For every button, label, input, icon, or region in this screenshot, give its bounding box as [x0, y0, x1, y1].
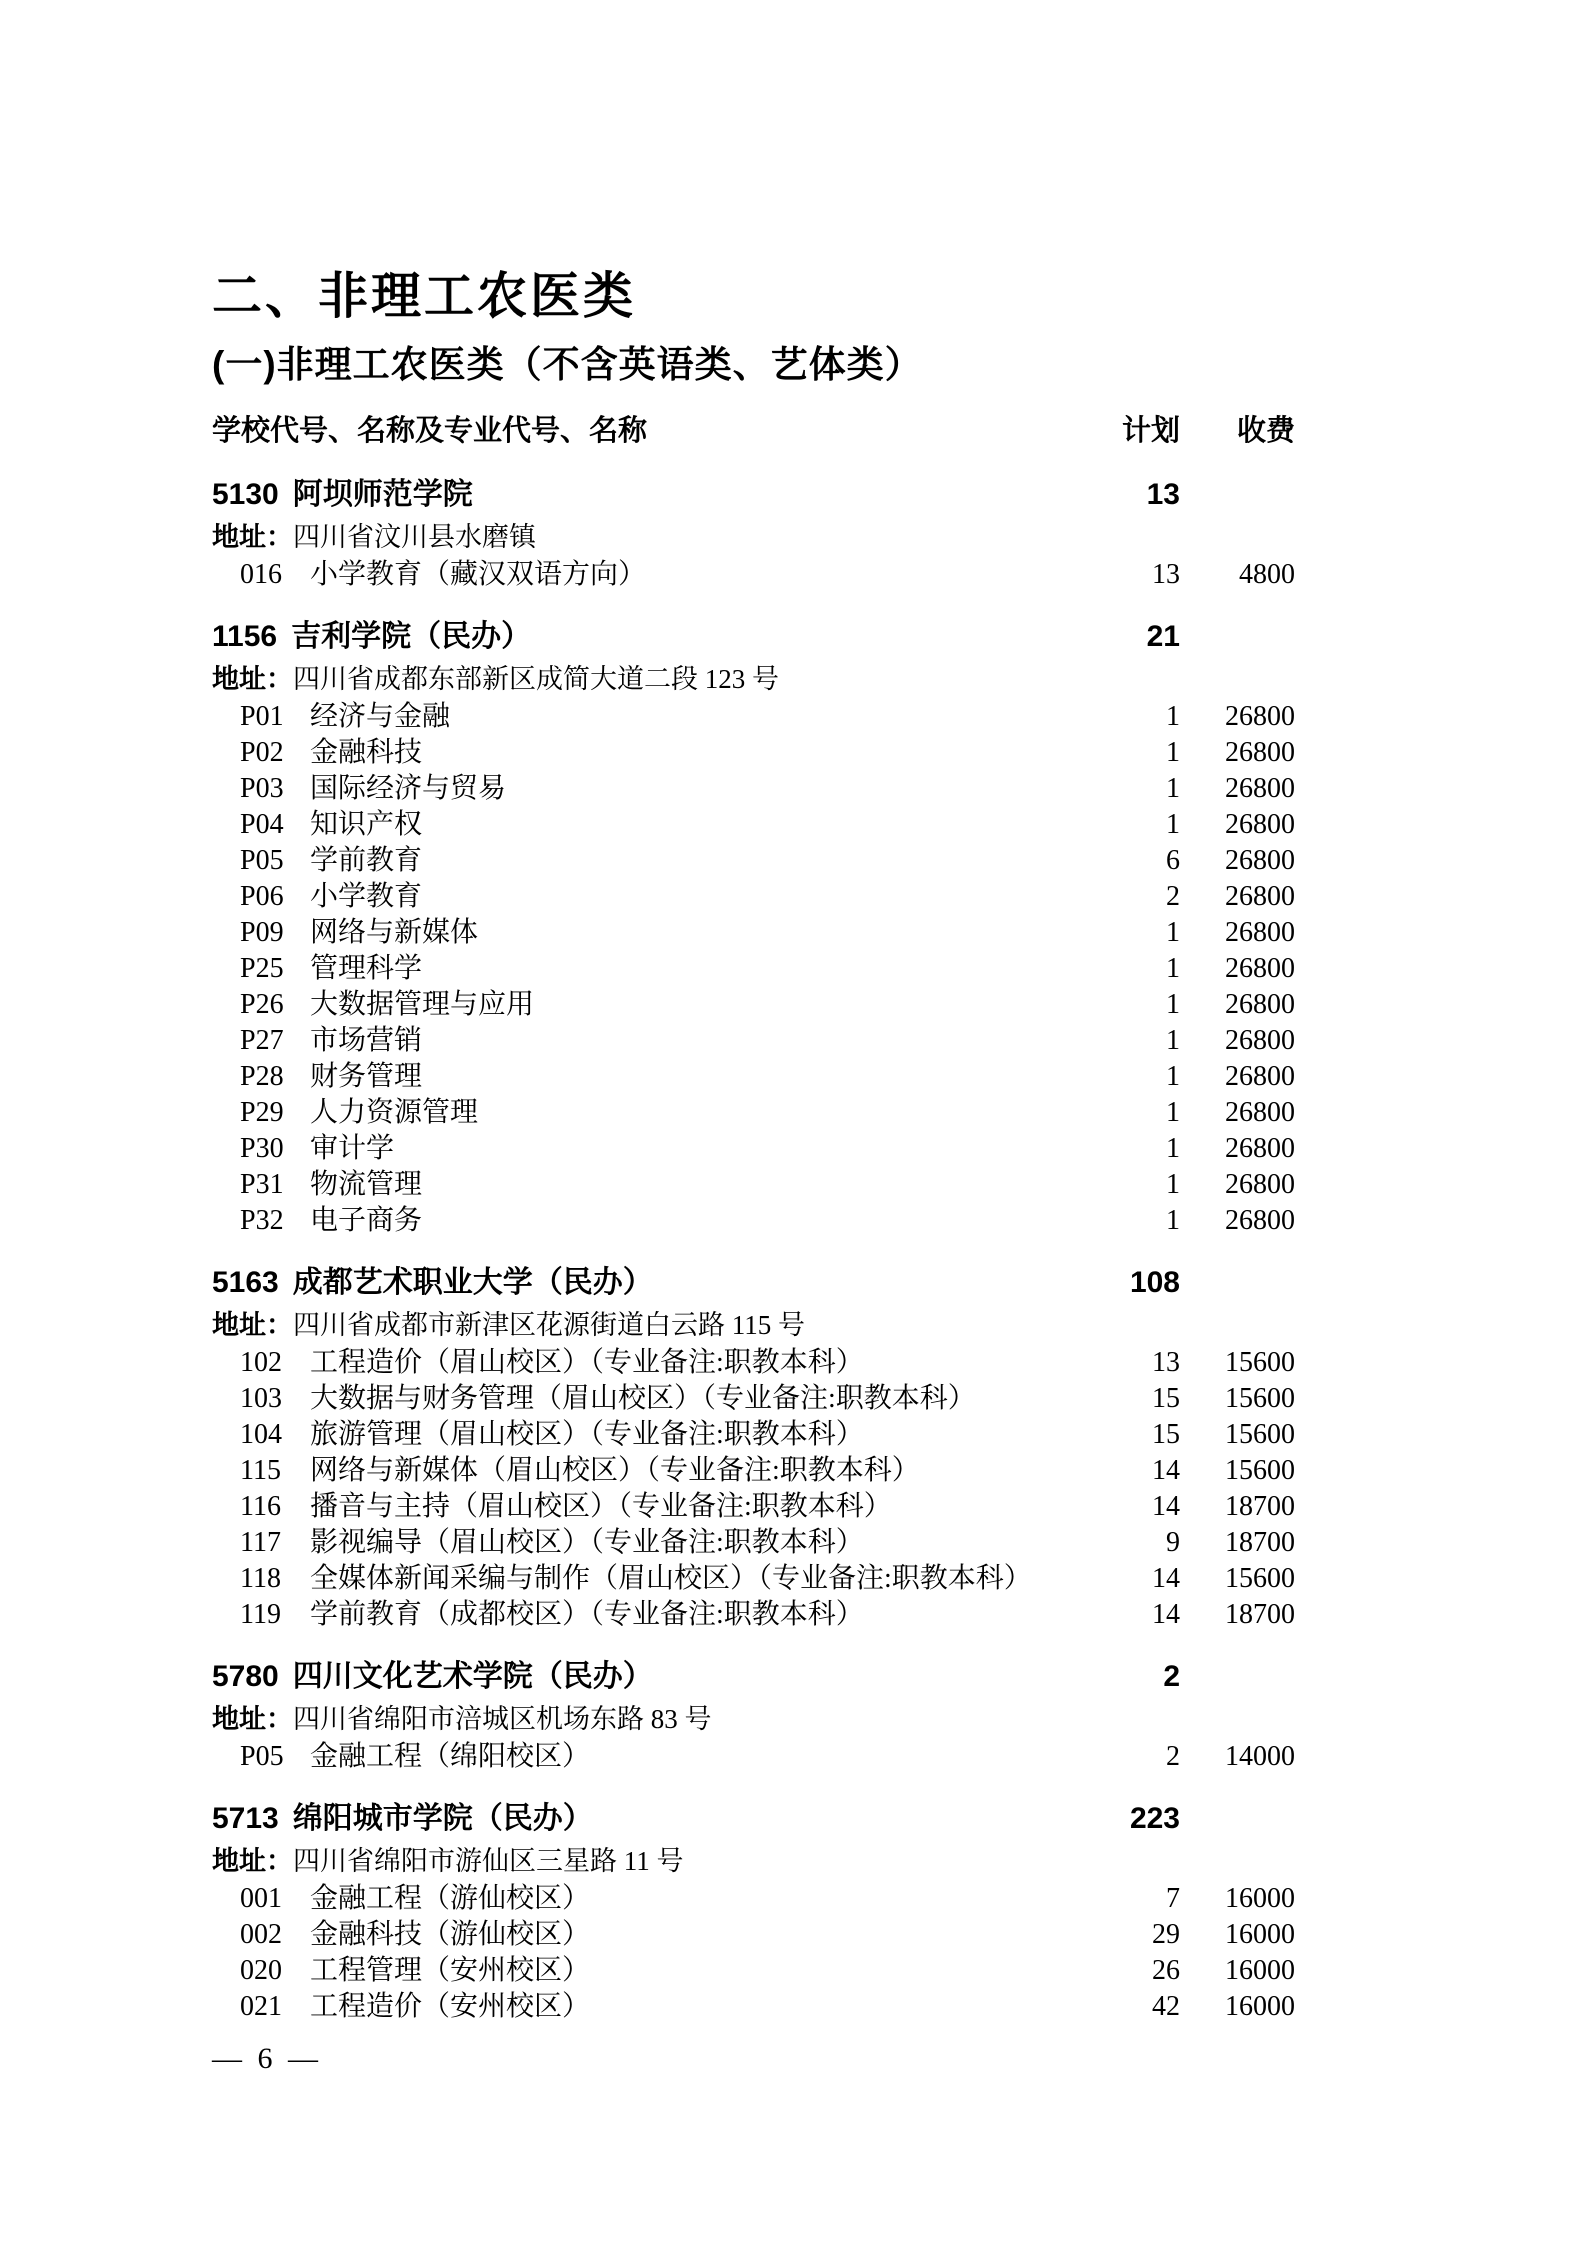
major-plan-count: 1: [1090, 987, 1180, 1023]
major-name: 金融工程（游仙校区）: [310, 1883, 590, 1914]
school-name: 绵阳城市学院（民办）: [293, 1802, 593, 1835]
major-plan-count: 42: [1090, 1989, 1180, 2025]
major-code: 103: [240, 1381, 298, 1417]
address-label: 地址：: [212, 1310, 293, 1340]
school-list: 5130阿坝师范学院 13 地址：四川省汶川县水磨镇 016小学教育（藏汉双语方…: [212, 473, 1295, 2025]
major-plan-count: 13: [1090, 1345, 1180, 1381]
major-plan-count: 1: [1090, 1167, 1180, 1203]
school-plan-count: 13: [1090, 473, 1180, 517]
school-code: 5130: [212, 478, 279, 511]
major-code: 118: [240, 1561, 298, 1597]
school-row: 5713绵阳城市学院（民办） 223: [212, 1797, 1295, 1841]
major-plan-count: 1: [1090, 1131, 1180, 1167]
major-plan-count: 29: [1090, 1917, 1180, 1953]
address-row: 地址：四川省绵阳市游仙区三星路 11 号: [212, 1841, 1295, 1881]
major-code: 104: [240, 1417, 298, 1453]
school-block: 5713绵阳城市学院（民办） 223 地址：四川省绵阳市游仙区三星路 11 号 …: [212, 1797, 1295, 2025]
major-code: 021: [240, 1989, 298, 2025]
major-name: 金融科技（游仙校区）: [310, 1919, 590, 1950]
major-fee-value: 16000: [1180, 1881, 1295, 1917]
major-row: P32电子商务 1 26800: [212, 1203, 1295, 1239]
major-row: P27市场营销 1 26800: [212, 1023, 1295, 1059]
major-row: 119学前教育（成都校区）（专业备注:职教本科） 14 18700: [212, 1597, 1295, 1633]
major-row: 021工程造价（安州校区） 42 16000: [212, 1989, 1295, 2025]
major-fee-value: 26800: [1180, 879, 1295, 915]
major-code: 116: [240, 1489, 298, 1525]
major-fee-value: 26800: [1180, 1167, 1295, 1203]
major-fee-value: 14000: [1180, 1739, 1295, 1775]
major-plan-count: 15: [1090, 1381, 1180, 1417]
major-plan-count: 1: [1090, 1095, 1180, 1131]
major-name: 管理科学: [310, 953, 422, 984]
major-plan-count: 6: [1090, 843, 1180, 879]
major-row: P30审计学 1 26800: [212, 1131, 1295, 1167]
major-plan-count: 14: [1090, 1453, 1180, 1489]
major-fee-value: 15600: [1180, 1345, 1295, 1381]
major-name: 影视编导（眉山校区）（专业备注:职教本科）: [310, 1527, 864, 1558]
major-fee-value: 26800: [1180, 1023, 1295, 1059]
major-code: 016: [240, 557, 298, 593]
major-row: 016小学教育（藏汉双语方向） 13 4800: [212, 557, 1295, 593]
major-list: 016小学教育（藏汉双语方向） 13 4800: [212, 557, 1295, 593]
major-code: P06: [240, 879, 298, 915]
major-code: P30: [240, 1131, 298, 1167]
major-name: 人力资源管理: [310, 1097, 478, 1128]
major-plan-count: 26: [1090, 1953, 1180, 1989]
major-fee-value: 18700: [1180, 1597, 1295, 1633]
major-fee-value: 26800: [1180, 771, 1295, 807]
major-name: 金融科技: [310, 737, 422, 768]
school-block: 1156吉利学院（民办） 21 地址：四川省成都东部新区成简大道二段 123 号…: [212, 615, 1295, 1239]
major-row: P05学前教育 6 26800: [212, 843, 1295, 879]
address-value: 四川省成都东部新区成简大道二段 123 号: [293, 664, 779, 694]
major-list: 001金融工程（游仙校区） 7 16000 002金融科技（游仙校区） 29 1…: [212, 1881, 1295, 2025]
major-row: P09网络与新媒体 1 26800: [212, 915, 1295, 951]
major-row: P05金融工程（绵阳校区） 2 14000: [212, 1739, 1295, 1775]
address-value: 四川省绵阳市涪城区机场东路 83 号: [293, 1704, 712, 1734]
school-plan-count: 223: [1090, 1797, 1180, 1841]
major-code: P05: [240, 843, 298, 879]
school-name: 四川文化艺术学院（民办）: [293, 1660, 653, 1693]
major-name: 电子商务: [310, 1205, 422, 1236]
major-plan-count: 1: [1090, 1203, 1180, 1239]
major-name: 播音与主持（眉山校区）（专业备注:职教本科）: [310, 1491, 892, 1522]
major-name: 旅游管理（眉山校区）（专业备注:职教本科）: [310, 1419, 864, 1450]
address-label: 地址：: [212, 664, 293, 694]
major-row: P31物流管理 1 26800: [212, 1167, 1295, 1203]
school-row: 1156吉利学院（民办） 21: [212, 615, 1295, 659]
major-plan-count: 1: [1090, 951, 1180, 987]
major-code: 115: [240, 1453, 298, 1489]
major-row: P29人力资源管理 1 26800: [212, 1095, 1295, 1131]
address-value: 四川省成都市新津区花源街道白云路 115 号: [293, 1310, 805, 1340]
major-fee-value: 18700: [1180, 1525, 1295, 1561]
major-fee-value: 26800: [1180, 915, 1295, 951]
column-header-school: 学校代号、名称及专业代号、名称: [212, 411, 1090, 451]
school-name: 阿坝师范学院: [293, 478, 473, 511]
major-fee-value: 26800: [1180, 735, 1295, 771]
major-fee-value: 26800: [1180, 987, 1295, 1023]
major-row: 002金融科技（游仙校区） 29 16000: [212, 1917, 1295, 1953]
major-code: P03: [240, 771, 298, 807]
address-value: 四川省绵阳市游仙区三星路 11 号: [293, 1846, 684, 1876]
major-name: 工程造价（眉山校区）（专业备注:职教本科）: [310, 1347, 864, 1378]
major-code: P27: [240, 1023, 298, 1059]
column-header-fee: 收费: [1180, 411, 1295, 451]
major-code: P25: [240, 951, 298, 987]
major-name: 大数据与财务管理（眉山校区）（专业备注:职教本科）: [310, 1383, 976, 1414]
major-row: 104旅游管理（眉山校区）（专业备注:职教本科） 15 15600: [212, 1417, 1295, 1453]
school-row: 5130阿坝师范学院 13: [212, 473, 1295, 517]
address-label: 地址：: [212, 1704, 293, 1734]
major-plan-count: 15: [1090, 1417, 1180, 1453]
address-row: 地址：四川省成都市新津区花源街道白云路 115 号: [212, 1305, 1295, 1345]
major-code: P04: [240, 807, 298, 843]
major-fee-value: 15600: [1180, 1417, 1295, 1453]
major-plan-count: 1: [1090, 699, 1180, 735]
address-label: 地址：: [212, 522, 293, 552]
major-code: P01: [240, 699, 298, 735]
major-fee-value: 26800: [1180, 843, 1295, 879]
major-fee-value: 16000: [1180, 1917, 1295, 1953]
major-name: 国际经济与贸易: [310, 773, 506, 804]
major-code: P26: [240, 987, 298, 1023]
major-fee-value: 26800: [1180, 1131, 1295, 1167]
major-fee-value: 4800: [1180, 557, 1295, 593]
major-list: P05金融工程（绵阳校区） 2 14000: [212, 1739, 1295, 1775]
major-plan-count: 1: [1090, 735, 1180, 771]
major-plan-count: 14: [1090, 1489, 1180, 1525]
address-row: 地址：四川省成都东部新区成简大道二段 123 号: [212, 659, 1295, 699]
major-fee-value: 15600: [1180, 1381, 1295, 1417]
column-header-plan: 计划: [1090, 411, 1180, 451]
major-name: 学前教育: [310, 845, 422, 876]
school-code: 5163: [212, 1266, 279, 1299]
major-name: 小学教育: [310, 881, 422, 912]
table-header: 学校代号、名称及专业代号、名称 计划 收费: [212, 411, 1295, 451]
major-plan-count: 14: [1090, 1597, 1180, 1633]
school-code: 5713: [212, 1802, 279, 1835]
major-code: P05: [240, 1739, 298, 1775]
major-code: P02: [240, 735, 298, 771]
major-plan-count: 1: [1090, 1059, 1180, 1095]
major-plan-count: 13: [1090, 557, 1180, 593]
major-fee-value: 18700: [1180, 1489, 1295, 1525]
major-fee-value: 15600: [1180, 1453, 1295, 1489]
major-name: 物流管理: [310, 1169, 422, 1200]
major-row: 116播音与主持（眉山校区）（专业备注:职教本科） 14 18700: [212, 1489, 1295, 1525]
major-row: P06小学教育 2 26800: [212, 879, 1295, 915]
school-name: 成都艺术职业大学（民办）: [293, 1266, 653, 1299]
major-name: 财务管理: [310, 1061, 422, 1092]
major-code: P28: [240, 1059, 298, 1095]
school-plan-count: 2: [1090, 1655, 1180, 1699]
major-list: P01经济与金融 1 26800 P02金融科技 1 26800 P03国际经济…: [212, 699, 1295, 1239]
major-code: P32: [240, 1203, 298, 1239]
major-name: 全媒体新闻采编与制作（眉山校区）（专业备注:职教本科）: [310, 1563, 1032, 1594]
major-fee-value: 26800: [1180, 699, 1295, 735]
major-plan-count: 2: [1090, 879, 1180, 915]
major-row: P01经济与金融 1 26800: [212, 699, 1295, 735]
major-plan-count: 1: [1090, 807, 1180, 843]
address-value: 四川省汶川县水磨镇: [293, 522, 536, 552]
major-row: P03国际经济与贸易 1 26800: [212, 771, 1295, 807]
major-name: 经济与金融: [310, 701, 450, 732]
major-name: 网络与新媒体（眉山校区）（专业备注:职教本科）: [310, 1455, 920, 1486]
major-code: 117: [240, 1525, 298, 1561]
major-name: 金融工程（绵阳校区）: [310, 1741, 590, 1772]
section-title: 二、非理工农医类: [212, 268, 1295, 324]
major-plan-count: 14: [1090, 1561, 1180, 1597]
major-code: 102: [240, 1345, 298, 1381]
major-fee-value: 26800: [1180, 1203, 1295, 1239]
major-list: 102工程造价（眉山校区）（专业备注:职教本科） 13 15600 103大数据…: [212, 1345, 1295, 1633]
major-row: P28财务管理 1 26800: [212, 1059, 1295, 1095]
major-code: P31: [240, 1167, 298, 1203]
major-plan-count: 1: [1090, 771, 1180, 807]
major-fee-value: 26800: [1180, 1059, 1295, 1095]
major-fee-value: 26800: [1180, 1095, 1295, 1131]
school-block: 5163成都艺术职业大学（民办） 108 地址：四川省成都市新津区花源街道白云路…: [212, 1261, 1295, 1633]
major-code: 020: [240, 1953, 298, 1989]
school-block: 5130阿坝师范学院 13 地址：四川省汶川县水磨镇 016小学教育（藏汉双语方…: [212, 473, 1295, 593]
major-code: P29: [240, 1095, 298, 1131]
school-code: 1156: [212, 620, 277, 653]
major-row: 102工程造价（眉山校区）（专业备注:职教本科） 13 15600: [212, 1345, 1295, 1381]
major-name: 工程造价（安州校区）: [310, 1991, 590, 2022]
address-label: 地址：: [212, 1846, 293, 1876]
major-code: 001: [240, 1881, 298, 1917]
major-fee-value: 16000: [1180, 1953, 1295, 1989]
major-fee-value: 15600: [1180, 1561, 1295, 1597]
subsection-title: (一)非理工农医类（不含英语类、艺体类）: [212, 344, 1295, 387]
major-name: 网络与新媒体: [310, 917, 478, 948]
school-row: 5780四川文化艺术学院（民办） 2: [212, 1655, 1295, 1699]
major-fee-value: 26800: [1180, 951, 1295, 987]
major-plan-count: 7: [1090, 1881, 1180, 1917]
major-name: 工程管理（安州校区）: [310, 1955, 590, 1986]
major-row: 001金融工程（游仙校区） 7 16000: [212, 1881, 1295, 1917]
major-plan-count: 9: [1090, 1525, 1180, 1561]
address-row: 地址：四川省汶川县水磨镇: [212, 517, 1295, 557]
school-plan-count: 108: [1090, 1261, 1180, 1305]
major-row: 115网络与新媒体（眉山校区）（专业备注:职教本科） 14 15600: [212, 1453, 1295, 1489]
major-code: P09: [240, 915, 298, 951]
major-fee-value: 16000: [1180, 1989, 1295, 2025]
document-page: 二、非理工农医类 (一)非理工农医类（不含英语类、艺体类） 学校代号、名称及专业…: [0, 0, 1587, 2245]
school-block: 5780四川文化艺术学院（民办） 2 地址：四川省绵阳市涪城区机场东路 83 号…: [212, 1655, 1295, 1775]
major-name: 知识产权: [310, 809, 422, 840]
major-row: 117影视编导（眉山校区）（专业备注:职教本科） 9 18700: [212, 1525, 1295, 1561]
address-row: 地址：四川省绵阳市涪城区机场东路 83 号: [212, 1699, 1295, 1739]
major-name: 大数据管理与应用: [310, 989, 534, 1020]
major-name: 市场营销: [310, 1025, 422, 1056]
major-row: P02金融科技 1 26800: [212, 735, 1295, 771]
major-fee-value: 26800: [1180, 807, 1295, 843]
major-plan-count: 1: [1090, 915, 1180, 951]
major-name: 学前教育（成都校区）（专业备注:职教本科）: [310, 1599, 864, 1630]
major-row: P26大数据管理与应用 1 26800: [212, 987, 1295, 1023]
school-row: 5163成都艺术职业大学（民办） 108: [212, 1261, 1295, 1305]
major-code: 119: [240, 1597, 298, 1633]
major-row: P25管理科学 1 26800: [212, 951, 1295, 987]
major-plan-count: 2: [1090, 1739, 1180, 1775]
school-plan-count: 21: [1090, 615, 1180, 659]
school-name: 吉利学院（民办）: [291, 620, 531, 653]
major-name: 审计学: [310, 1133, 394, 1164]
major-row: 103大数据与财务管理（眉山校区）（专业备注:职教本科） 15 15600: [212, 1381, 1295, 1417]
major-row: P04知识产权 1 26800: [212, 807, 1295, 843]
major-row: 118全媒体新闻采编与制作（眉山校区）（专业备注:职教本科） 14 15600: [212, 1561, 1295, 1597]
major-plan-count: 1: [1090, 1023, 1180, 1059]
major-row: 020工程管理（安州校区） 26 16000: [212, 1953, 1295, 1989]
major-name: 小学教育（藏汉双语方向）: [310, 559, 646, 590]
major-code: 002: [240, 1917, 298, 1953]
school-code: 5780: [212, 1660, 279, 1693]
page-number: — 6 —: [212, 2042, 322, 2076]
